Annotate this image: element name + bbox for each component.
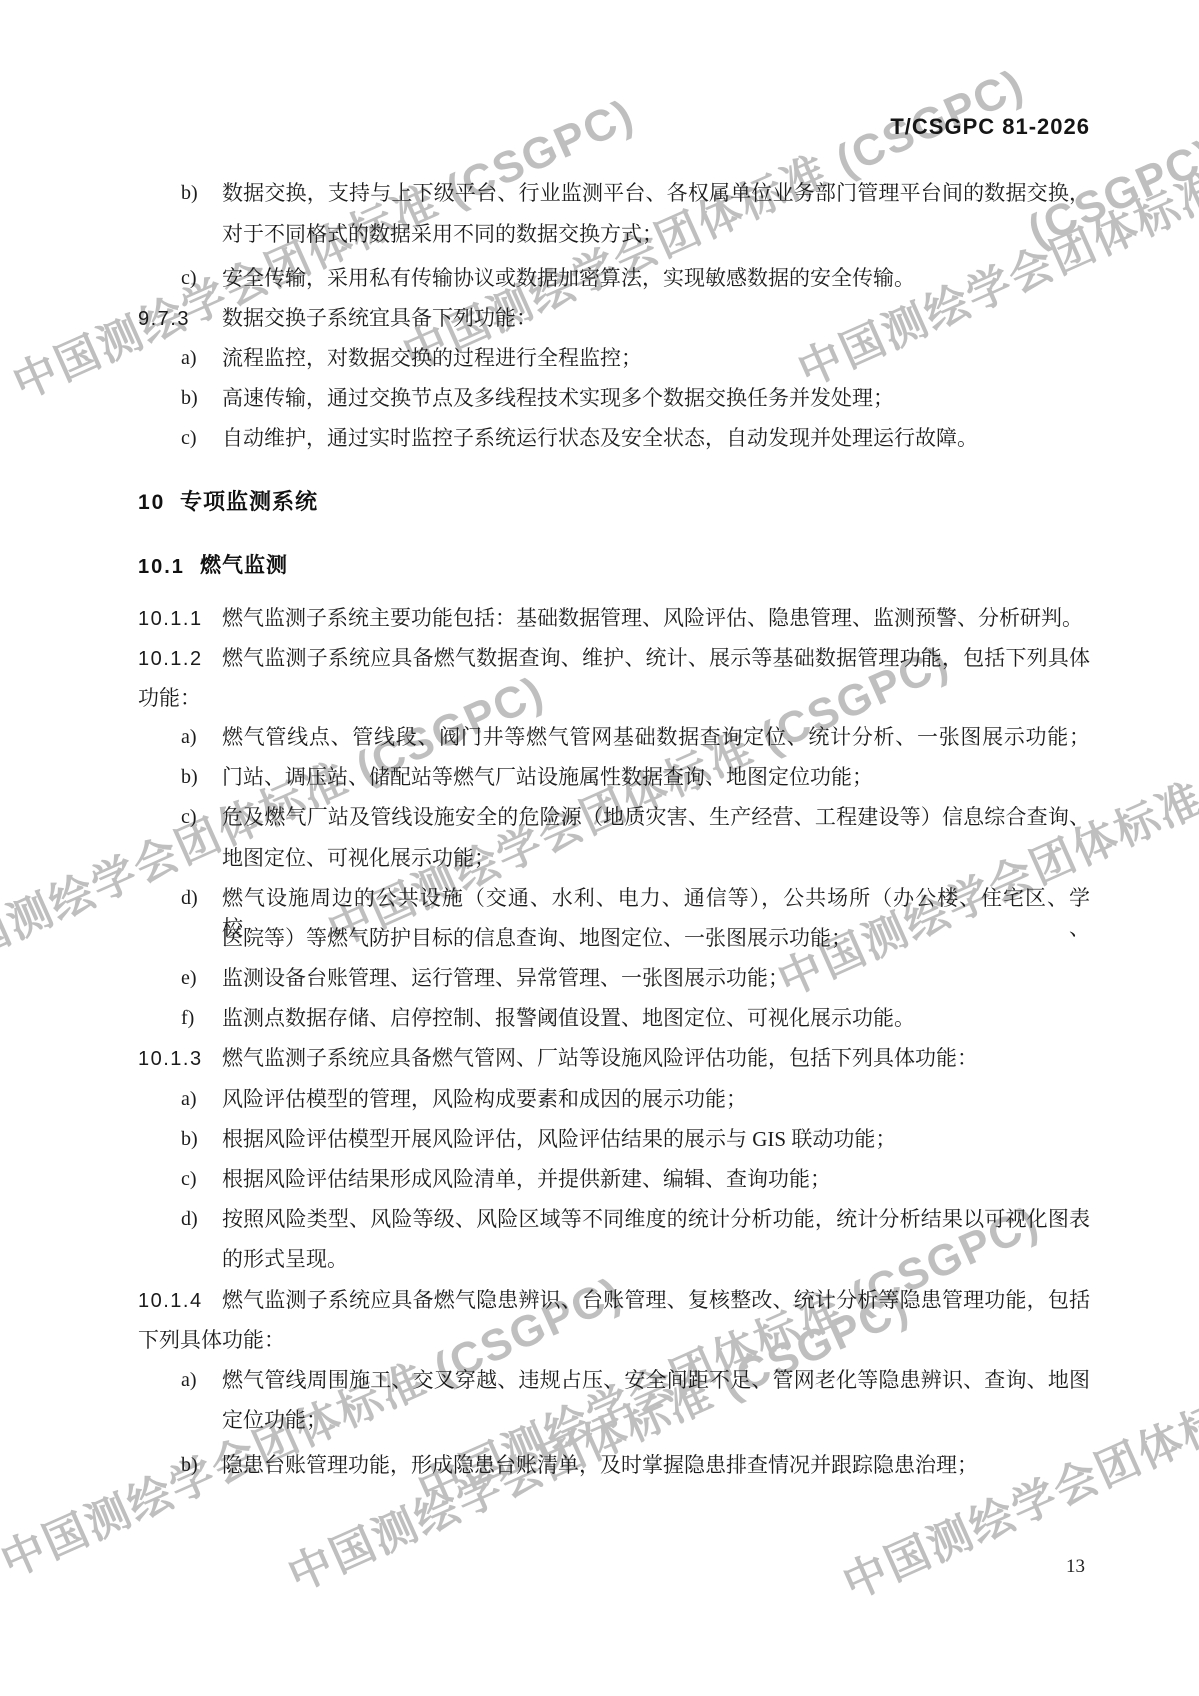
list-item-label: a): [181, 343, 197, 373]
paragraph-continuation: 下列具体功能：: [0, 1325, 1199, 1359]
line-text: 安全传输，采用私有传输协议或数据加密算法，实现敏感数据的安全传输。: [222, 263, 915, 293]
list-item-label: a): [181, 1365, 197, 1395]
paragraph-line: 10.1.1燃气监测子系统主要功能包括：基础数据管理、风险评估、隐患管理、监测预…: [0, 603, 1199, 637]
line-text: 根据风险评估结果形成风险清单，并提供新建、编辑、查询功能；: [222, 1164, 831, 1194]
list-item-label: b): [181, 1124, 198, 1154]
list-item-label: c): [181, 1164, 197, 1194]
list-item-label: c): [181, 263, 197, 293]
line-text: 燃气管线周围施工、交叉穿越、违规占压、安全间距不足、管网老化等隐患辨识、查询、地…: [222, 1365, 1090, 1395]
list-item-label: c): [181, 423, 197, 453]
line-text: 监测点数据存储、启停控制、报警阈值设置、地图定位、可视化展示功能。: [222, 1003, 915, 1033]
list-item-continuation: 医院等）等燃气防护目标的信息查询、地图定位、一张图展示功能；: [0, 923, 1199, 957]
list-item-label: f): [181, 1003, 194, 1033]
standard-code-header: T/CSGPC 81-2026: [890, 114, 1090, 140]
list-item-label: b): [181, 383, 198, 413]
list-item-line: f)监测点数据存储、启停控制、报警阈值设置、地图定位、可视化展示功能。: [0, 1003, 1199, 1037]
list-item-label: b): [181, 1450, 198, 1480]
list-item-line: d)按照风险类型、风险等级、风险区域等不同维度的统计分析功能，统计分析结果以可视…: [0, 1204, 1199, 1238]
list-item-label: b): [181, 178, 198, 208]
list-item-line: c)自动维护，通过实时监控子系统运行状态及安全状态，自动发现并处理运行故障。: [0, 423, 1199, 457]
section-number: 10.1.1: [138, 604, 203, 634]
list-item-line: e)监测设备台账管理、运行管理、异常管理、一张图展示功能；: [0, 963, 1199, 997]
section-heading: 10专项监测系统: [0, 487, 1199, 521]
list-item-line: b)门站、调压站、储配站等燃气厂站设施属性数据查询、地图定位功能；: [0, 762, 1199, 796]
line-text: 专项监测系统: [180, 487, 318, 517]
line-text: 燃气管线点、管线段、阀门井等燃气管网基础数据查询定位、统计分析、一张图展示功能；: [222, 722, 1090, 752]
line-text: 燃气监测子系统应具备燃气管网、厂站等设施风险评估功能，包括下列具体功能：: [222, 1043, 978, 1073]
line-text: 监测设备台账管理、运行管理、异常管理、一张图展示功能；: [222, 963, 789, 993]
line-text: 危及燃气厂站及管线设施安全的危险源（地质灾害、生产经营、工程建设等）信息综合查询…: [222, 802, 1090, 832]
line-text: 下列具体功能：: [138, 1325, 285, 1355]
section-number: 10.1.2: [138, 644, 203, 674]
section-number: 10.1: [138, 552, 185, 582]
list-item-label: d): [181, 883, 198, 913]
list-item-line: a)燃气管线点、管线段、阀门井等燃气管网基础数据查询定位、统计分析、一张图展示功…: [0, 722, 1199, 756]
line-text: 门站、调压站、储配站等燃气厂站设施属性数据查询、地图定位功能；: [222, 762, 873, 792]
list-item-label: a): [181, 722, 197, 752]
line-text: 定位功能；: [222, 1405, 327, 1435]
paragraph-line: 10.1.2燃气监测子系统应具备燃气数据查询、维护、统计、展示等基础数据管理功能…: [0, 643, 1199, 677]
list-item-continuation: 的形式呈现。: [0, 1244, 1199, 1278]
section-number: 10.1.4: [138, 1286, 203, 1316]
list-item-line: c)安全传输，采用私有传输协议或数据加密算法，实现敏感数据的安全传输。: [0, 263, 1199, 297]
line-text: 的形式呈现。: [222, 1244, 348, 1274]
line-text: 功能：: [138, 683, 201, 713]
list-item-line: c)危及燃气厂站及管线设施安全的危险源（地质灾害、生产经营、工程建设等）信息综合…: [0, 802, 1199, 836]
document-page: 中国测绘学会团体标准 (CSGPC)中国测绘学会团体标准 (CSGPC)中国测绘…: [0, 0, 1199, 1696]
line-text: 风险评估模型的管理，风险构成要素和成因的展示功能；: [222, 1084, 747, 1114]
list-item-line: b)高速传输，通过交换节点及多线程技术实现多个数据交换任务并发处理；: [0, 383, 1199, 417]
list-item-continuation: 地图定位、可视化展示功能；: [0, 843, 1199, 877]
line-text: 流程监控，对数据交换的过程进行全程监控；: [222, 343, 642, 373]
line-text: 数据交换子系统宜具备下列功能：: [222, 303, 537, 333]
list-item-line: d)燃气设施周边的公共设施（交通、水利、电力、通信等），公共场所（办公楼、住宅区…: [0, 883, 1199, 917]
list-item-line: b)隐患台账管理功能，形成隐患台账清单，及时掌握隐患排查情况并跟踪隐患治理；: [0, 1450, 1199, 1484]
line-text: 根据风险评估模型开展风险评估，风险评估结果的展示与 GIS 联动功能；: [222, 1124, 896, 1154]
list-item-label: e): [181, 963, 197, 993]
list-item-line: b)数据交换，支持与上下级平台、行业监测平台、各权属单位业务部门管理平台间的数据…: [0, 178, 1199, 212]
line-text: 燃气监测子系统应具备燃气数据查询、维护、统计、展示等基础数据管理功能，包括下列具…: [222, 643, 1090, 673]
line-text: 隐患台账管理功能，形成隐患台账清单，及时掌握隐患排查情况并跟踪隐患治理；: [222, 1450, 978, 1480]
page-number: 13: [1066, 1556, 1085, 1578]
paragraph-line: 10.1.3燃气监测子系统应具备燃气管网、厂站等设施风险评估功能，包括下列具体功…: [0, 1043, 1199, 1077]
line-text: 按照风险类型、风险等级、风险区域等不同维度的统计分析功能，统计分析结果以可视化图…: [222, 1204, 1090, 1234]
list-item-continuation: 定位功能；: [0, 1405, 1199, 1439]
line-text: 对于不同格式的数据采用不同的数据交换方式；: [222, 219, 663, 249]
list-item-label: a): [181, 1084, 197, 1114]
list-item-continuation: 对于不同格式的数据采用不同的数据交换方式；: [0, 219, 1199, 253]
paragraph-line: 9.7.3数据交换子系统宜具备下列功能：: [0, 303, 1199, 337]
line-text: 燃气监测: [200, 551, 288, 581]
list-item-line: a)风险评估模型的管理，风险构成要素和成因的展示功能；: [0, 1084, 1199, 1118]
line-text: 地图定位、可视化展示功能；: [222, 843, 495, 873]
document-body: T/CSGPC 81-2026 b)数据交换，支持与上下级平台、行业监测平台、各…: [0, 0, 1199, 1696]
subsection-heading: 10.1燃气监测: [0, 551, 1199, 585]
list-item-line: b)根据风险评估模型开展风险评估，风险评估结果的展示与 GIS 联动功能；: [0, 1124, 1199, 1158]
paragraph-line: 10.1.4燃气监测子系统应具备燃气隐患辨识、台账管理、复核整改、统计分析等隐患…: [0, 1285, 1199, 1319]
section-number: 9.7.3: [138, 304, 190, 334]
line-text: 燃气监测子系统应具备燃气隐患辨识、台账管理、复核整改、统计分析等隐患管理功能，包…: [222, 1285, 1090, 1315]
list-item-line: a)燃气管线周围施工、交叉穿越、违规占压、安全间距不足、管网老化等隐患辨识、查询…: [0, 1365, 1199, 1399]
line-text: 数据交换，支持与上下级平台、行业监测平台、各权属单位业务部门管理平台间的数据交换…: [222, 178, 1090, 208]
line-text: 高速传输，通过交换节点及多线程技术实现多个数据交换任务并发处理；: [222, 383, 894, 413]
line-text: 自动维护，通过实时监控子系统运行状态及安全状态，自动发现并处理运行故障。: [222, 423, 978, 453]
list-item-label: d): [181, 1204, 198, 1234]
list-item-label: b): [181, 762, 198, 792]
section-number: 10: [138, 488, 165, 518]
list-item-label: c): [181, 802, 197, 832]
list-item-line: a)流程监控，对数据交换的过程进行全程监控；: [0, 343, 1199, 377]
list-item-line: c)根据风险评估结果形成风险清单，并提供新建、编辑、查询功能；: [0, 1164, 1199, 1198]
line-text: 燃气监测子系统主要功能包括：基础数据管理、风险评估、隐患管理、监测预警、分析研判…: [222, 603, 1083, 633]
line-text: 医院等）等燃气防护目标的信息查询、地图定位、一张图展示功能；: [222, 923, 852, 953]
paragraph-continuation: 功能：: [0, 683, 1199, 717]
section-number: 10.1.3: [138, 1044, 203, 1074]
